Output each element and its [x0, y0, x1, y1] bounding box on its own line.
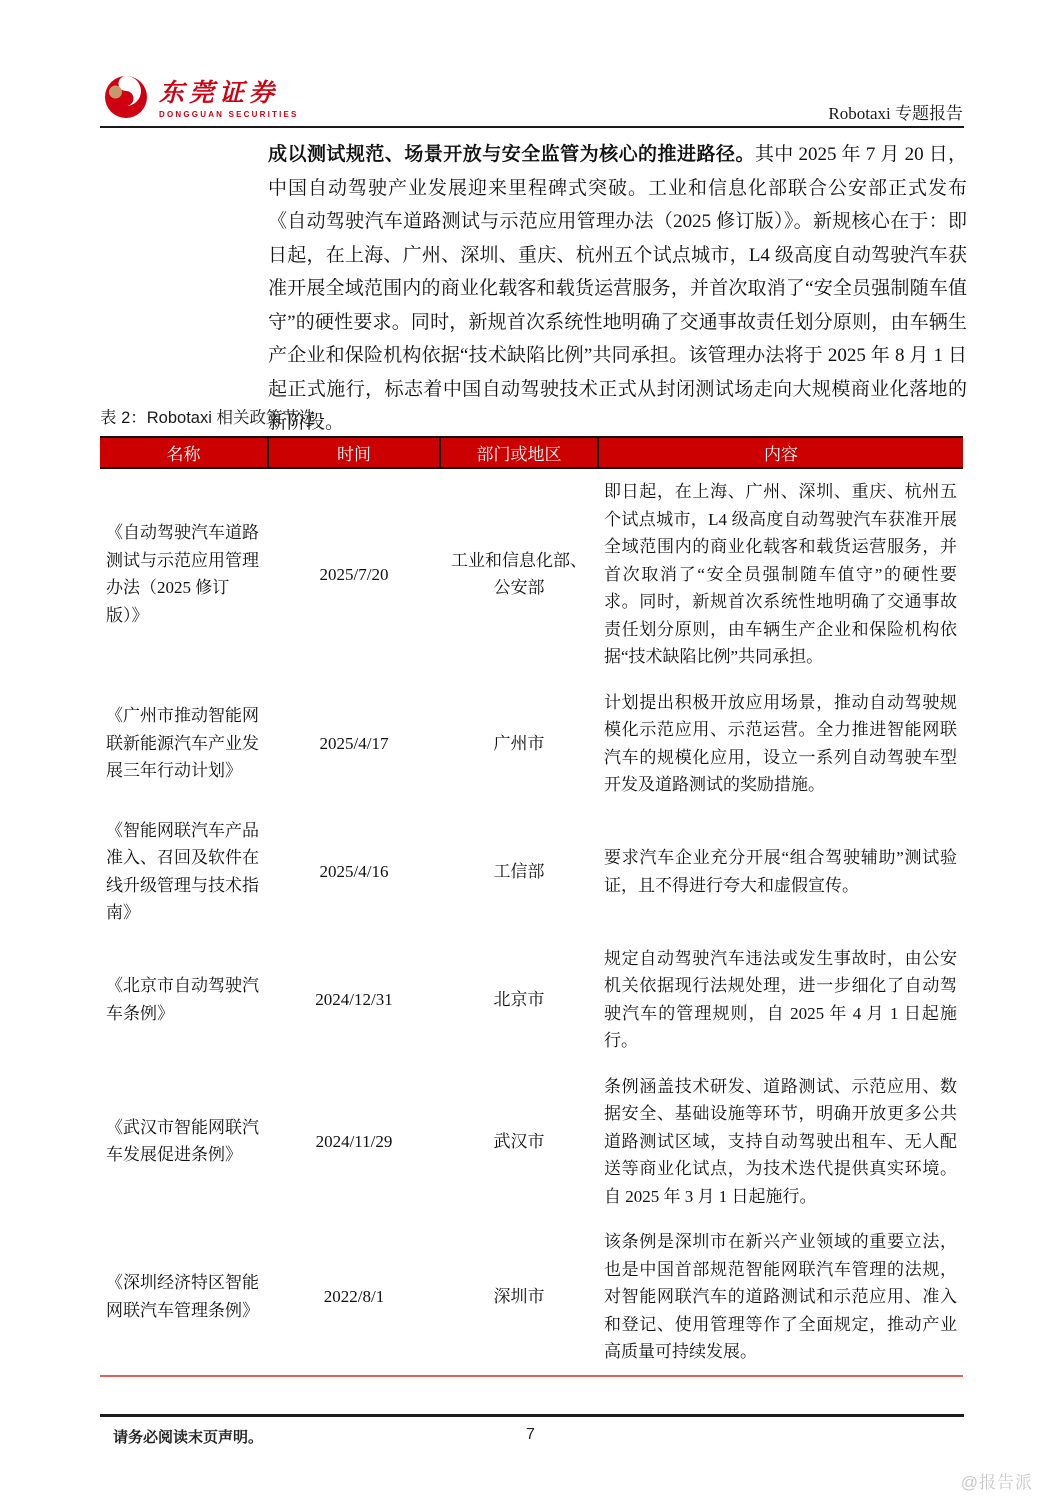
policy-issuer: 北京市	[440, 936, 598, 1064]
header-divider	[100, 126, 964, 128]
footer-divider	[100, 1414, 964, 1417]
watermark: @报告派	[961, 1468, 1033, 1493]
policy-issuer: 工业和信息化部、公安部	[440, 468, 598, 680]
table-row: 《武汉市智能网联汽车发展促进条例》2024/11/29武汉市条例涵盖技术研发、道…	[100, 1064, 963, 1220]
report-page: 东莞证券 DONGGUAN SECURITIES Robotaxi 专题报告 成…	[0, 0, 1061, 1500]
column-header-content: 内容	[598, 437, 963, 468]
policy-content: 要求汽车企业充分开展“组合驾驶辅助”测试验证，且不得进行夸大和虚假宣传。	[598, 808, 963, 936]
table-row: 《智能网联汽车产品准入、召回及软件在线升级管理与技术指南》2025/4/16工信…	[100, 808, 963, 936]
policy-issuer: 武汉市	[440, 1064, 598, 1220]
intro-paragraph: 成以测试规范、场景开放与安全监管为核心的推进路径。其中 2025 年 7 月 2…	[268, 138, 967, 440]
policy-table: 名称 时间 部门或地区 内容 《自动驾驶汽车道路测试与示范应用管理办法（2025…	[100, 436, 963, 1377]
policy-date: 2022/8/1	[268, 1219, 440, 1376]
intro-body-text: 其中 2025 年 7 月 20 日，中国自动驾驶产业发展迎来里程碑式突破。工业…	[268, 144, 967, 433]
policy-content: 规定自动驾驶汽车违法或发生事故时，由公安机关依据现行法规处理，进一步细化了自动驾…	[598, 936, 963, 1064]
policy-date: 2024/12/31	[268, 936, 440, 1064]
policy-name: 《北京市自动驾驶汽车条例》	[100, 936, 268, 1064]
brand-name-cn: 东莞证券	[159, 80, 299, 108]
policy-content: 该条例是深圳市在新兴产业领域的重要立法，也是中国首部规范智能网联汽车管理的法规，…	[598, 1219, 963, 1376]
policy-issuer: 广州市	[440, 680, 598, 808]
table-row: 《自动驾驶汽车道路测试与示范应用管理办法（2025 修订版）》2025/7/20…	[100, 468, 963, 680]
policy-table-section: 表 2：Robotaxi 相关政策节选 名称 时间 部门或地区 内容 《自动驾驶…	[100, 404, 963, 1377]
column-header-dept: 部门或地区	[440, 437, 598, 468]
policy-name: 《深圳经济特区智能网联汽车管理条例》	[100, 1219, 268, 1376]
report-type-label: Robotaxi 专题报告	[828, 99, 963, 124]
policy-date: 2025/7/20	[268, 468, 440, 680]
table-row: 《广州市推动智能网联新能源汽车产业发展三年行动计划》2025/4/17广州市计划…	[100, 680, 963, 808]
brand-name-en: DONGGUAN SECURITIES	[159, 110, 299, 119]
page-number: 7	[0, 1426, 1061, 1444]
table-row: 《深圳经济特区智能网联汽车管理条例》2022/8/1深圳市该条例是深圳市在新兴产…	[100, 1219, 963, 1376]
policy-content: 条例涵盖技术研发、道路测试、示范应用、数据安全、基础设施等环节，明确开放更多公共…	[598, 1064, 963, 1220]
policy-name: 《智能网联汽车产品准入、召回及软件在线升级管理与技术指南》	[100, 808, 268, 936]
policy-table-header: 名称 时间 部门或地区 内容	[100, 437, 963, 468]
policy-issuer: 工信部	[440, 808, 598, 936]
policy-date: 2024/11/29	[268, 1064, 440, 1220]
policy-table-body: 《自动驾驶汽车道路测试与示范应用管理办法（2025 修订版）》2025/7/20…	[100, 468, 963, 1376]
policy-name: 《自动驾驶汽车道路测试与示范应用管理办法（2025 修订版）》	[100, 468, 268, 680]
policy-date: 2025/4/17	[268, 680, 440, 808]
brand-logo: 东莞证券 DONGGUAN SECURITIES	[103, 74, 299, 125]
policy-name: 《广州市推动智能网联新能源汽车产业发展三年行动计划》	[100, 680, 268, 808]
policy-name: 《武汉市智能网联汽车发展促进条例》	[100, 1064, 268, 1220]
column-header-time: 时间	[268, 437, 440, 468]
policy-issuer: 深圳市	[440, 1219, 598, 1376]
brand-logo-icon	[103, 74, 149, 125]
policy-content: 即日起，在上海、广州、深圳、重庆、杭州五个试点城市，L4 级高度自动驾驶汽车获准…	[598, 468, 963, 680]
policy-date: 2025/4/16	[268, 808, 440, 936]
table-caption: 表 2：Robotaxi 相关政策节选	[100, 404, 963, 428]
column-header-name: 名称	[100, 437, 268, 468]
intro-lead-bold: 成以测试规范、场景开放与安全监管为核心的推进路径。	[268, 144, 755, 165]
table-row: 《北京市自动驾驶汽车条例》2024/12/31北京市规定自动驾驶汽车违法或发生事…	[100, 936, 963, 1064]
policy-content: 计划提出积极开放应用场景，推动自动驾驶规模化示范应用、示范运营。全力推进智能网联…	[598, 680, 963, 808]
